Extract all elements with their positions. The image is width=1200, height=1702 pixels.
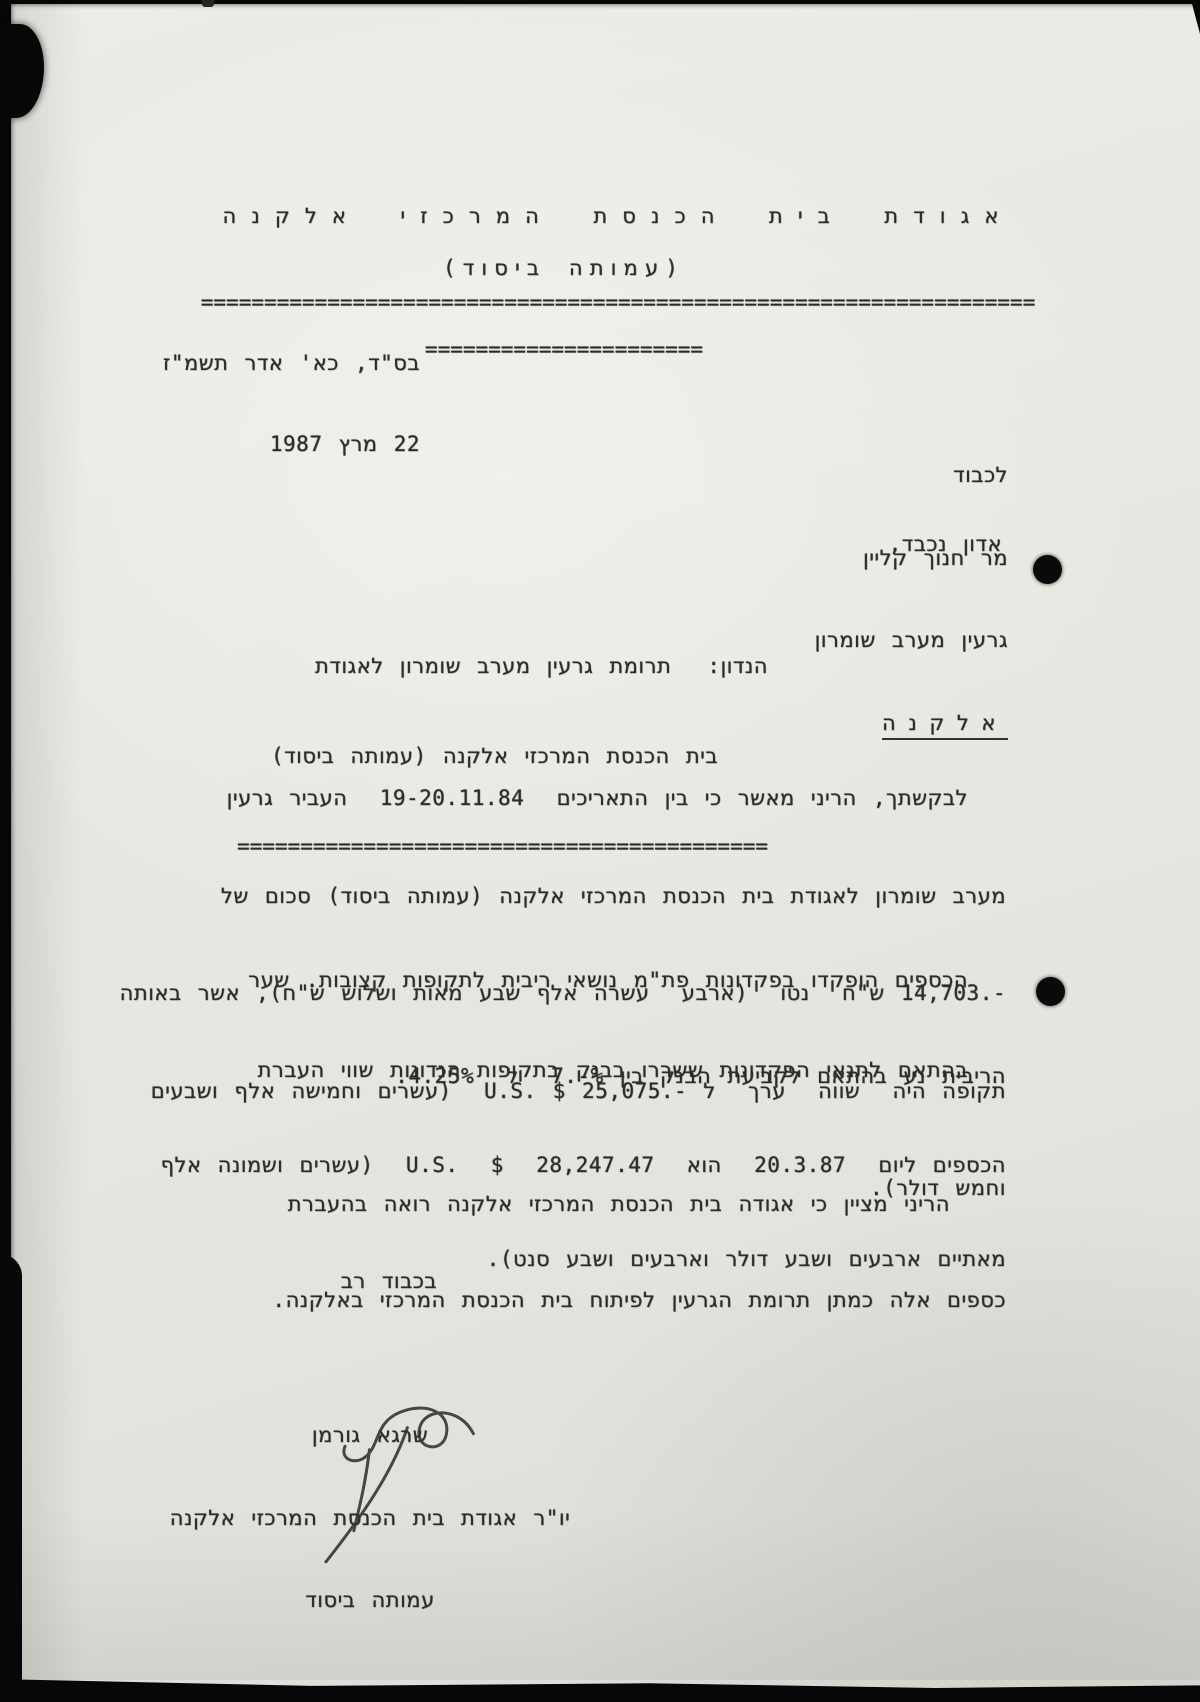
scan-shading-left: [11, 0, 85, 1702]
gregorian-date-line: 22 מרץ 1987: [163, 431, 420, 458]
date-block: בס"ד, כא' אדר תשמ"ז 22 מרץ 1987: [163, 296, 420, 512]
body-paragraph: הריני מציין כי אגודה בית הכנסת המרכזי אל…: [272, 1124, 1006, 1380]
subject-line: תרומת גרעין מערב שומרון לאגודת: [315, 654, 671, 678]
closing-line: בכבוד רב: [341, 1269, 437, 1293]
recipient-line: גרעין מערב שומרון: [815, 627, 1008, 655]
salutation-line: אדון נכבד,: [889, 532, 1002, 556]
letterhead-subtitle: (עמותה ביסוד) ======================: [418, 203, 710, 413]
recipient-line: לכבוד: [815, 462, 1008, 490]
body-line: הריני מציין כי אגודה בית הכנסת המרכזי אל…: [272, 1188, 1006, 1220]
subject-row-1: הנדון:תרומת גרעין מערב שומרון לאגודת: [237, 651, 768, 681]
scanned-letter-scan: אגודת בית הכנסת המרכזי אלקנה ===========…: [0, 0, 1200, 1702]
punch-hole: [1033, 555, 1062, 584]
subject-label: הנדון:: [707, 654, 768, 678]
signature-org-status: עמותה ביסוד: [138, 1587, 602, 1615]
scan-edge-artifact: [0, 1254, 22, 1684]
hebrew-date-line: בס"ד, כא' אדר תשמ"ז: [163, 350, 420, 377]
body-line: לבקשתך, הריני מאשר כי בין התאריכים 19-20…: [120, 782, 1006, 815]
body-line: בהתאם לתנאי הפקדונות ששררו בבנק בתקופות …: [161, 1055, 1006, 1087]
org-subtitle: (עמותה ביסוד): [418, 255, 710, 281]
handwritten-signature: [284, 1391, 510, 1572]
scan-speck: [202, 0, 214, 7]
punch-hole: [1036, 977, 1065, 1006]
scan-edge-artifact: [0, 0, 1200, 4]
subtitle-separator: ======================: [418, 337, 710, 361]
